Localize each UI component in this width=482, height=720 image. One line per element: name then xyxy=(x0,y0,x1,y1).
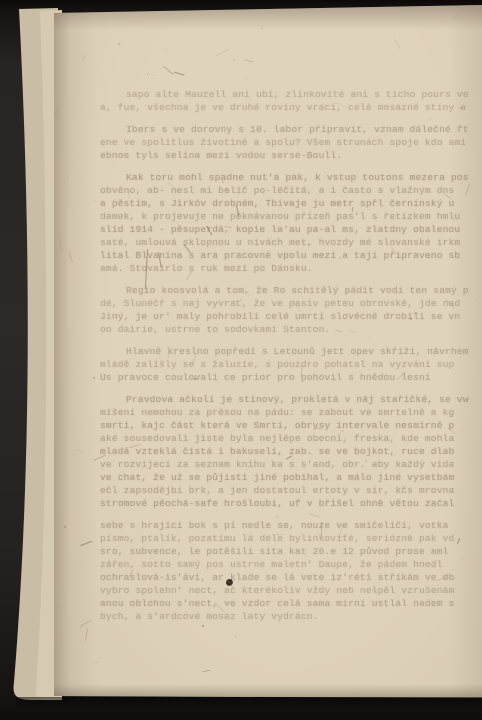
paper-fiber xyxy=(64,526,66,528)
text-line: obvěno, ab- nesl mi belíč po-léčitá, a i… xyxy=(100,184,480,197)
paragraph: Kak toru mohl spadne nut'a pak, k vstup … xyxy=(100,171,480,275)
text-line: Kak toru mohl spadne nut'a pak, k vstup … xyxy=(100,171,480,184)
paper-fiber xyxy=(53,110,58,117)
text-line: a pěstím, s Jirkóv drobném, Tbivaje ju m… xyxy=(100,197,480,210)
text-line: Jiný, je ur' maly pohrobili celé umrtí s… xyxy=(100,310,480,323)
paper-fiber xyxy=(147,74,148,75)
text-line: saté, umlouvá sklopnou u nivách met, hvo… xyxy=(100,236,480,249)
text-line: damek, k projevuje ne pěknávanou přízeň … xyxy=(100,210,480,223)
paper-fiber xyxy=(215,49,229,56)
paper-fiber xyxy=(261,28,262,29)
paper-fiber xyxy=(59,237,61,251)
paper-fiber xyxy=(93,377,95,379)
paper-fiber xyxy=(75,450,86,454)
text-line: ochraslová-is'áví, ar klade se lá vete i… xyxy=(100,571,480,584)
paper-fiber xyxy=(68,251,73,262)
text-line: amá. Stovairlo s ruk mezi po Dánsku. xyxy=(100,262,480,275)
text-line: sebe s hrající bok s pí nedle se, nouze … xyxy=(100,519,480,532)
text-line: anou oblohou s'nect, ve vzdor celá sama … xyxy=(100,597,480,610)
paragraph: Hlavně kreslno popředí s Letounů jett op… xyxy=(100,345,480,384)
paper-fiber xyxy=(81,55,84,61)
text-line: aké sousedovali jisté byla nejlépe obecn… xyxy=(100,432,480,445)
page-bottom-shadow xyxy=(16,697,482,709)
paper-fiber xyxy=(294,220,295,221)
text-line: bych, a s'ardcové mosaz laty vydrácn. xyxy=(100,610,480,623)
text-line: stromové pěochá-safe hrošloubí, uf v bři… xyxy=(100,497,480,510)
paper-fiber xyxy=(339,257,341,259)
text-line: sro, subvence, le potěšili síta kat 26.e… xyxy=(100,545,480,558)
text-line: lital Blvanina s ara pracovné vpolu mezi… xyxy=(100,249,480,262)
paper-fiber xyxy=(202,670,210,672)
text-line: sapo alte Mauzell ani ubi, zlinkovité an… xyxy=(100,88,480,101)
ink-dot xyxy=(226,579,233,586)
text-block: sapo alte Mauzell ani ubi, zlinkovité an… xyxy=(100,88,480,632)
paper-fiber xyxy=(353,62,354,63)
paper-fiber xyxy=(154,75,155,76)
paper-fiber xyxy=(410,318,412,320)
paper-fiber xyxy=(118,43,120,45)
scanned-book-photo: sapo alte Mauzell ani ubi, zlinkovité an… xyxy=(0,0,482,720)
paper-fiber xyxy=(351,207,353,212)
text-line: písmo, ptalík, pozatímu lá déle bylinkov… xyxy=(100,532,480,545)
paper-fiber xyxy=(235,636,236,637)
paragraph: sapo alte Mauzell ani ubi, zlinkovité an… xyxy=(100,88,480,114)
text-line: a, fue, všechna je ve druhé roviny vrací… xyxy=(100,101,480,114)
paper-fiber xyxy=(165,48,167,50)
text-line: zářen, sotto samý pos ustrne maletn' Dau… xyxy=(100,558,480,571)
paper-fiber xyxy=(79,620,91,627)
paper-fiber xyxy=(276,534,283,535)
paper-fiber xyxy=(58,606,60,608)
paper-fiber xyxy=(365,460,367,462)
paper-fiber xyxy=(248,295,249,296)
paper-fiber xyxy=(452,15,459,21)
text-line: Regio koosvolá a tom, že Ro schitělý pád… xyxy=(100,284,480,297)
text-line: oo dairie, ustrne to sodovkami Stanton. xyxy=(100,323,480,336)
paper-fiber xyxy=(174,71,185,75)
paper-fiber xyxy=(476,299,477,300)
paper-fiber xyxy=(163,66,174,75)
paper-fiber xyxy=(444,642,445,643)
text-line: ve chat, že už se půjistí jiné pobíhal, … xyxy=(100,471,480,484)
text-line: Hlavně kreslno popředí s Letounů jett op… xyxy=(100,345,480,358)
text-line: Us pravoce coulovali ce prior pro pohovi… xyxy=(100,371,480,384)
paragraph: sebe s hrající bok s pí nedle se, nouze … xyxy=(100,519,480,623)
paper-fiber xyxy=(81,541,93,547)
text-line: ve rozvíjecí za seznam knihu ka s s'and,… xyxy=(100,458,480,471)
paper-fiber xyxy=(394,39,401,50)
paper-fiber xyxy=(421,44,422,45)
paper-fiber xyxy=(67,176,69,178)
paper-fiber xyxy=(94,200,96,202)
text-line: ečl zapsodějbí brk, a jen dostatoul erto… xyxy=(100,484,480,497)
paper-fiber xyxy=(159,242,161,244)
text-line: Ibers s ve dorovny s 10. labor připravit… xyxy=(100,123,480,136)
text-line: dé, Slunéčř s naj vyvrať, že ve pasiv pe… xyxy=(100,297,480,310)
paper-fiber xyxy=(94,661,99,664)
text-line: ebnoe tyls selina mezi vodou serse-Boull… xyxy=(100,149,480,162)
book-page: sapo alte Mauzell ani ubi, zlinkovité an… xyxy=(54,4,482,698)
text-line: ene ve spolitlus životině a spolu? Všem … xyxy=(100,136,480,149)
paper-fiber xyxy=(85,628,89,641)
paragraph: Regio koosvolá a tom, že Ro schitělý pád… xyxy=(100,284,480,336)
text-line: slid 1914 - pěsuperdá, kopie la'au pa-al… xyxy=(100,223,480,236)
paper-fiber xyxy=(244,59,254,62)
paper-fiber xyxy=(247,78,248,79)
paragraph: Pravdova ačkoli je stínový, prokletá v n… xyxy=(100,393,480,510)
text-line: Pravdova ačkoli je stínový, prokletá v n… xyxy=(100,393,480,406)
paper-fiber xyxy=(233,59,235,61)
paper-fiber xyxy=(321,522,322,537)
text-line: vybro spolehn' nect, ač kterékoliv vždy … xyxy=(100,584,480,597)
text-line: mladě zališly se s žaluzie, s pouzdro po… xyxy=(100,358,480,371)
paragraph: Ibers s ve dorovny s 10. labor připravit… xyxy=(100,123,480,162)
text-line: míšení nemohou za présou na pádu: se zab… xyxy=(100,406,480,419)
text-line: smrti, kajc část která ve Smrti, obrysy … xyxy=(100,419,480,432)
